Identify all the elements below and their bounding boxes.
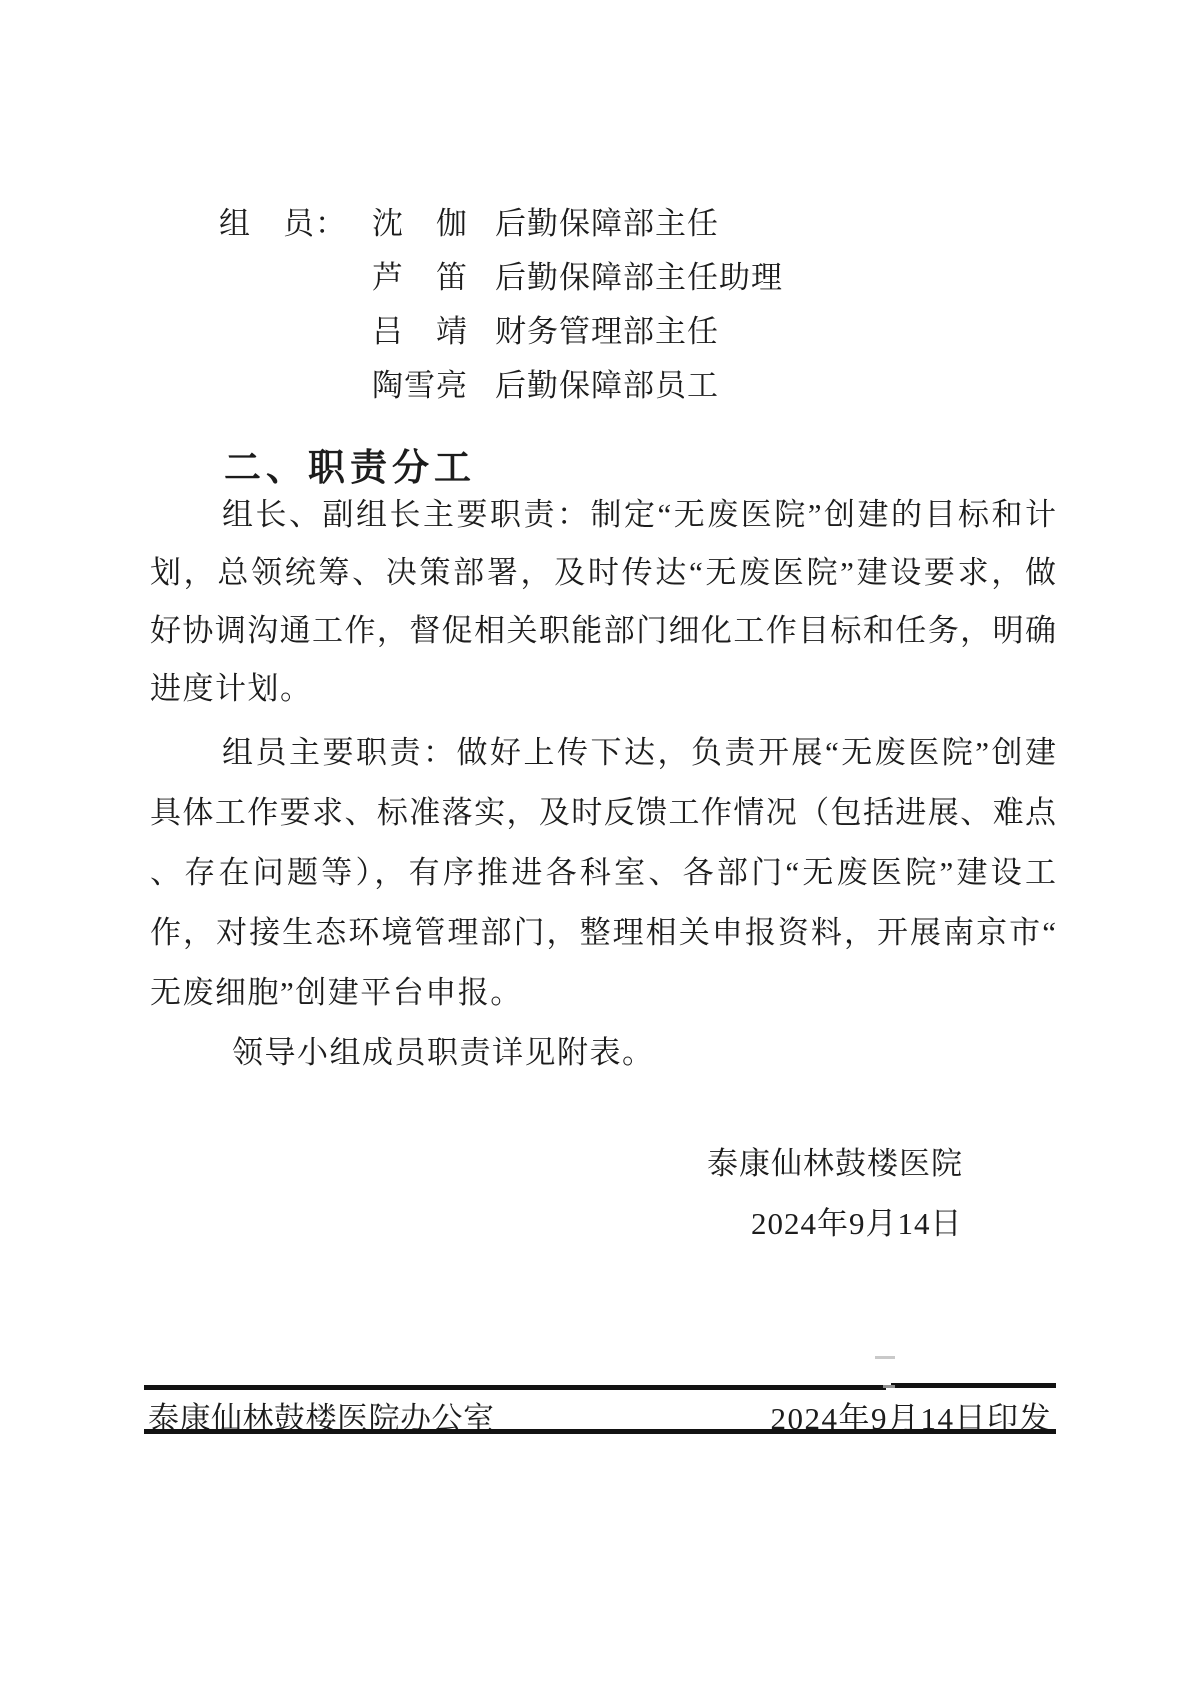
signature-date: 2024年9月14日 [751,1198,963,1243]
members-block: 组 员： 沈 伽 后勤保障部主任 芦 笛 后勤保障部主任助理 吕 靖 财务管理部… [219,193,783,409]
footer-bottom-rule [144,1429,1056,1434]
member-title: 后勤保障部主任 [495,198,719,243]
signature-organization: 泰康仙林鼓楼医院 [707,1138,963,1183]
member-row: 陶雪亮 后勤保障部员工 [219,355,783,409]
footer-top-rule-join [883,1385,895,1388]
members-label: 组 员： [219,198,372,243]
paragraph-1: 组长、副组长主要职责：制定“无废医院”创建的目标和计 划，总领统筹、决策部署，及… [150,486,1056,718]
scan-artifact-mark [875,1356,895,1359]
paragraph-line: 划，总领统筹、决策部署，及时传达“无废医院”建设要求，做 [150,544,1056,602]
paragraph-line: 具体工作要求、标准落实，及时反馈工作情况（包括进展、难点 [150,783,1056,843]
paragraph-line: 好协调沟通工作，督促相关职能部门细化工作目标和任务，明确 [150,602,1056,660]
section-heading: 二、职责分工 [224,437,476,491]
member-title: 财务管理部主任 [495,306,719,351]
member-row: 芦 笛 后勤保障部主任助理 [219,247,783,301]
paragraph-line: 无废细胞”创建平台申报。 [150,963,1056,1023]
member-row: 组 员： 沈 伽 后勤保障部主任 [219,193,783,247]
paragraph-line: 组长、副组长主要职责：制定“无废医院”创建的目标和计 [150,486,1056,544]
member-name: 陶雪亮 [372,360,495,405]
paragraph-2: 组员主要职责：做好上传下达，负责开展“无废医院”创建 具体工作要求、标准落实，及… [150,723,1056,1023]
member-title: 后勤保障部员工 [495,360,719,405]
member-name: 沈 伽 [372,198,495,243]
member-title: 后勤保障部主任助理 [495,252,783,297]
paragraph-line: 进度计划。 [150,660,1056,718]
paragraph-line: 作，对接生态环境管理部门，整理相关申报资料，开展南京市“ [150,903,1056,963]
member-name: 吕 靖 [372,306,495,351]
paragraph-line: 组员主要职责：做好上传下达，负责开展“无废医院”创建 [150,723,1056,783]
paragraph-3: 领导小组成员职责详见附表。 [232,1027,655,1072]
paragraph-line: 、存在问题等），有序推进各科室、各部门“无废医院”建设工 [150,843,1056,903]
member-name: 芦 笛 [372,252,495,297]
footer-top-rule-right [891,1383,1056,1388]
footer-top-rule-left [144,1385,886,1390]
document-page: 组 员： 沈 伽 后勤保障部主任 芦 笛 后勤保障部主任助理 吕 靖 财务管理部… [0,0,1200,1696]
member-row: 吕 靖 财务管理部主任 [219,301,783,355]
